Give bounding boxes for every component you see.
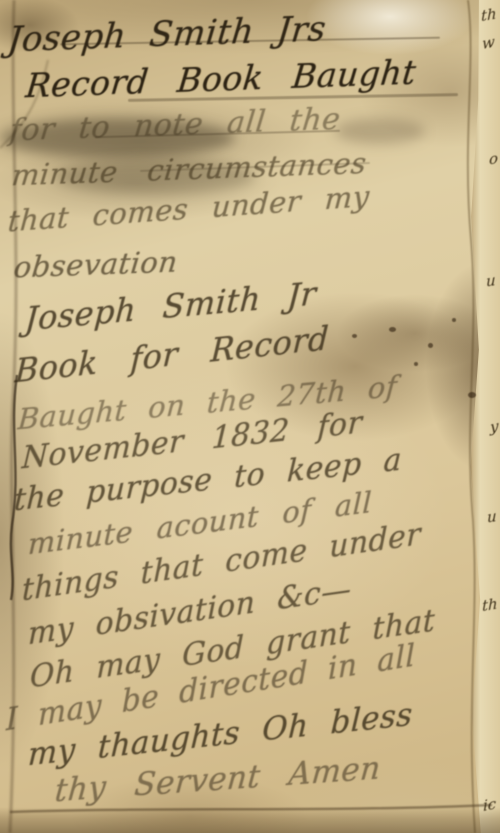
ink-spatter-dot: [428, 343, 433, 348]
edge-writing-fragment: y: [490, 417, 498, 437]
edge-writing-fragment: th: [482, 594, 497, 615]
edge-writing-fragment: o: [489, 149, 498, 169]
edge-writing-fragment: u: [487, 507, 497, 527]
ink-spatter-dot: [452, 318, 456, 322]
torn-edge-underlying-page: [468, 0, 500, 833]
ink-spatter-dot: [389, 327, 396, 332]
manuscript-line-1: Joseph Smith Jrs: [6, 9, 328, 60]
ink-spatter-dot: [414, 362, 418, 366]
manuscript-line-6: obsevation: [12, 244, 179, 284]
bottom-page-shadow: [0, 807, 500, 833]
edge-writing-fragment: u: [486, 271, 496, 291]
manuscript-line-3: for to note all the: [8, 101, 342, 148]
edge-writing-fragment: th: [481, 4, 496, 25]
edge-writing-fragment: w: [482, 33, 495, 54]
ink-smudge: [335, 118, 425, 144]
manuscript-page: Joseph Smith Jrs Record Book Baught for …: [0, 0, 500, 833]
ink-spatter-dot: [468, 392, 476, 398]
ink-spatter-dot: [352, 334, 357, 338]
